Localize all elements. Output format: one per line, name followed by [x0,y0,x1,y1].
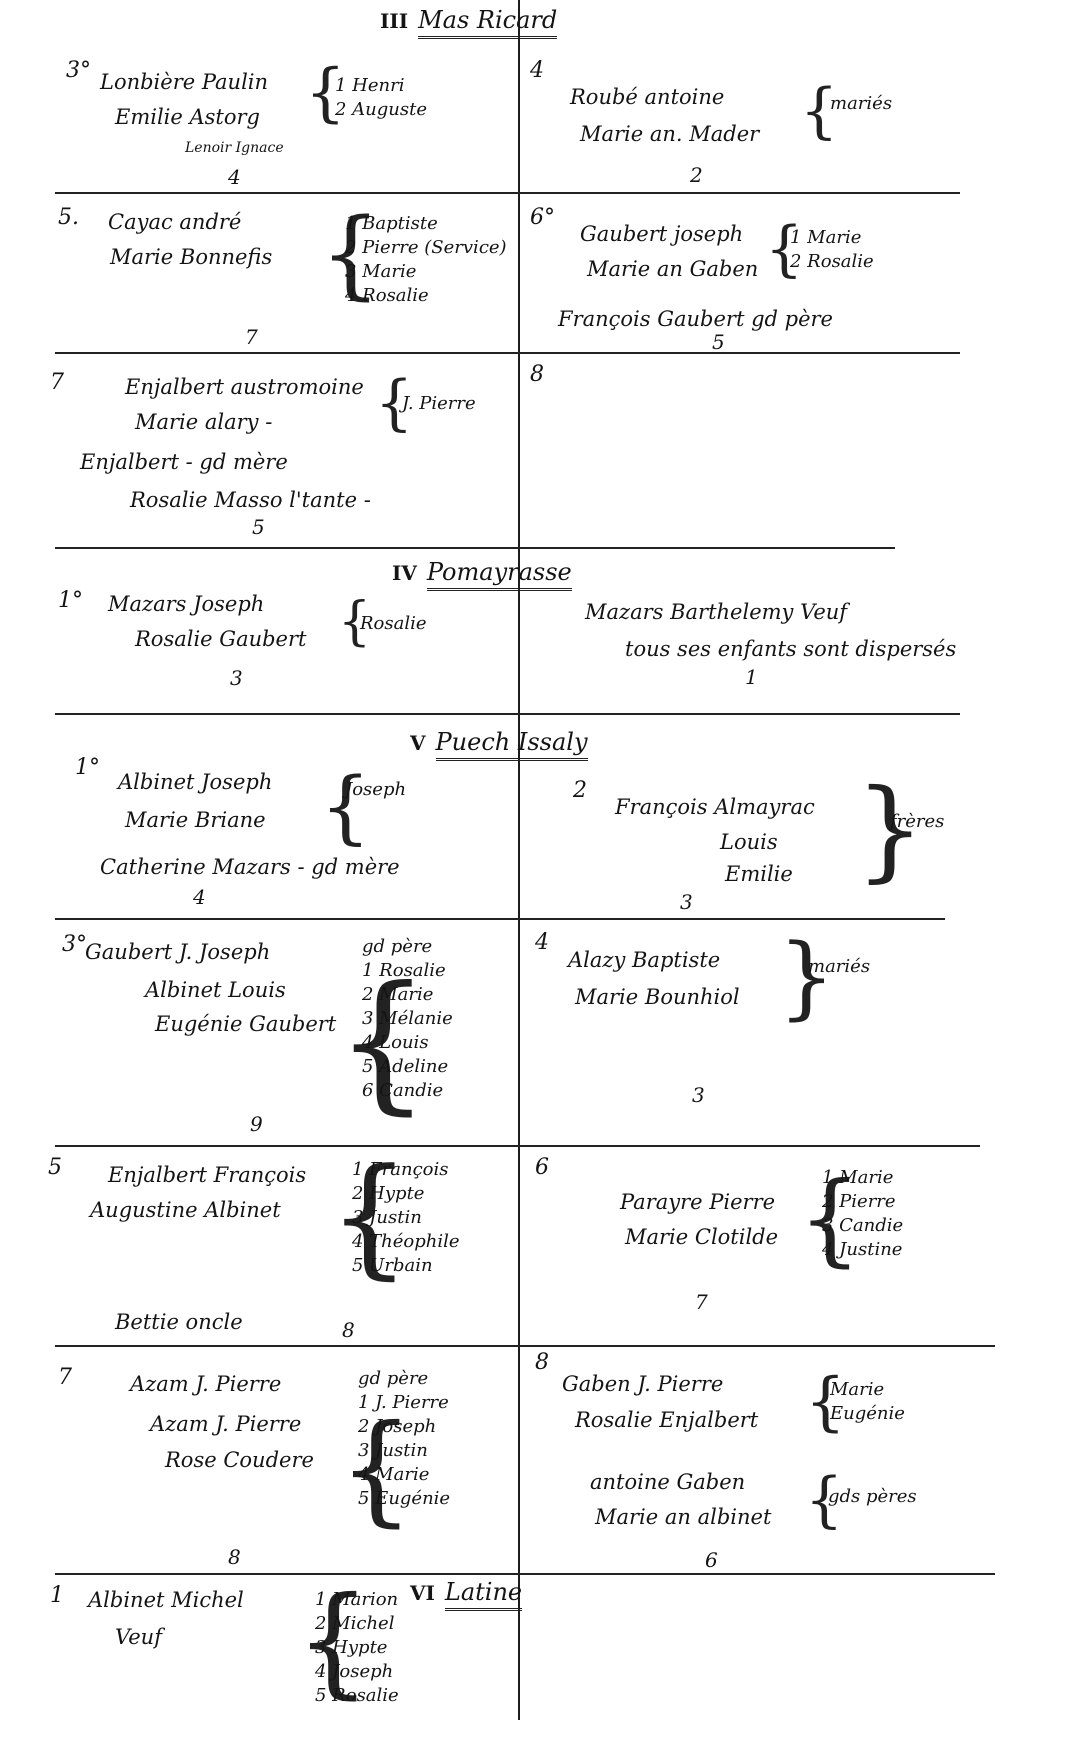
children-list: 1 Marion 2 Michel 3 Hypte 4 Joseph 5 Ros… [315,1588,399,1708]
entry-number: 5. [58,205,79,230]
section-place: Latine [445,1578,522,1611]
child-name: 3 Justin [358,1439,450,1463]
children-list: Rosalie [360,612,427,636]
spouse-name: Marie Clotilde [625,1225,778,1249]
child-name: 5 Urbain [352,1254,460,1278]
household-count: 9 [250,1112,263,1136]
relation-label: gd père [358,1367,450,1391]
child-name: 1 Marie [822,1166,903,1190]
entry-number: 8 [535,1350,549,1375]
section-place: Puech Issaly [436,728,588,761]
child-name: 5 Adeline [362,1055,453,1079]
section-roman: VI [410,1581,435,1605]
household-count: 8 [342,1318,355,1342]
spouse-name: Rosalie Gaubert [135,627,306,651]
child-name: 4 Justine [822,1238,903,1262]
row-rule [55,352,960,354]
child-name: 1 Henri [335,74,427,98]
status-note: Veuf [115,1625,162,1649]
section-roman: III [380,9,408,33]
children-list: mariés [808,955,870,979]
child-name: J. Pierre [402,392,476,416]
head-name: Mazars Joseph [108,592,264,616]
head-name: Azam J. Pierre [130,1372,281,1396]
child-name: 1 Rosalie [362,959,453,983]
child-name: 2 Pierre [822,1190,903,1214]
entry-number: 1 [50,1583,64,1608]
entry-number: 4 [530,58,544,83]
section-roman: V [410,731,426,755]
spouse-name: Emilie Astorg [115,105,260,129]
household-count: 3 [230,666,243,690]
children-list: mariés [830,92,892,116]
head-name: Cayac andré [108,210,241,234]
child-name: 4 Théophile [352,1230,460,1254]
child-name: 1 J. Pierre [358,1391,450,1415]
section-place: Pomayrasse [427,558,572,591]
entry-number: 1° [75,755,100,780]
household-count: 3 [680,890,693,914]
children-list: Joseph [345,778,406,802]
child-name: 5 Rosalie [315,1684,399,1708]
child-name: 4 Louis [362,1031,453,1055]
section-header-v: VPuech Issaly [410,728,588,756]
children-list: gd père 1 Rosalie 2 Marie 3 Mélanie 4 Lo… [362,935,453,1103]
relative-note: Catherine Mazars - gd mère [100,855,400,879]
member-name: Eugénie Gaubert [155,1012,336,1036]
children-list: 1 Baptiste 2 Pierre (Service) 3 Marie 4 … [345,212,507,308]
child-name: 1 François [352,1158,460,1182]
relative-note: Bettie oncle [115,1310,243,1334]
child-name: Joseph [345,778,406,802]
relative-note: Rosalie Masso l'tante - [130,488,371,512]
household-count: 2 [690,163,703,187]
relation-label: frères [890,810,944,834]
household-count: 4 [193,885,206,909]
note-line: tous ses enfants sont dispersés [625,637,956,661]
relation-label: gds pères [828,1485,917,1509]
head-name: Albinet Joseph [118,770,272,794]
household-count: 5 [252,515,265,539]
child-name: 4 Joseph [315,1660,399,1684]
child-name: 1 Baptiste [345,212,507,236]
child-name: Marie [830,1378,905,1402]
member-name: Azam J. Pierre [150,1412,301,1436]
row-rule [55,192,960,194]
child-name: 2 Auguste [335,98,427,122]
sibling-name: Emilie [725,862,793,886]
row-rule [55,713,960,715]
household-count: 7 [695,1290,708,1314]
head-name: François Almayrac [615,795,815,819]
member-name: Albinet Louis [145,978,286,1002]
entry-number: 3° [66,58,91,83]
relative-note: Lenoir Ignace [185,140,284,156]
head-name: Alazy Baptiste [568,948,720,972]
entry-number: 7 [58,1365,72,1390]
household-count: 3 [692,1083,705,1107]
children-list: frères [890,810,944,834]
child-name: 1 Marie [790,226,874,250]
entry-number: 6 [535,1155,549,1180]
children-list: gd père 1 J. Pierre 2 Joseph 3 Justin 4 … [358,1367,450,1511]
child-name: 3 Hypte [315,1636,399,1660]
child-name: 2 Rosalie [790,250,874,274]
child-name: 3 Marie [345,260,507,284]
grandparent-name: antoine Gaben [590,1470,745,1494]
register-page: IIIMas Ricard IVPomayrasse VPuech Issaly… [0,0,1065,1740]
spouse-name: Marie Bonnefis [110,245,272,269]
head-name: Mazars Barthelemy Veuf [585,600,847,624]
entry-number: 8 [530,362,544,387]
household-count: 6 [705,1548,718,1572]
row-rule [55,1573,995,1575]
child-name: 2 Michel [315,1612,399,1636]
section-roman: IV [392,561,417,585]
child-name: 3 Justin [352,1206,460,1230]
entry-number: 7 [50,370,64,395]
spouse-name: Marie an Gaben [587,257,758,281]
section-place: Mas Ricard [418,6,557,39]
spouse-name: Rosalie Enjalbert [575,1408,758,1432]
entry-number: 6° [530,205,555,230]
entry-number: 5 [48,1155,62,1180]
spouse-name: Marie Bounhiol [575,985,740,1009]
child-name: 3 Candie [822,1214,903,1238]
brace: { [320,760,371,853]
section-header-iii: IIIMas Ricard [380,6,557,34]
children-list: 1 Marie 2 Rosalie [790,226,874,274]
spouse-name: Marie Briane [125,808,266,832]
member-name: Rose Coudere [165,1448,314,1472]
head-name: Enjalbert François [108,1163,306,1187]
child-name: Eugénie [830,1402,905,1426]
head-name: Gaubert J. Joseph [85,940,270,964]
child-name: Rosalie [360,612,427,636]
child-name: 2 Joseph [358,1415,450,1439]
children-list: Marie Eugénie [830,1378,905,1426]
children-list: J. Pierre [402,392,476,416]
child-name: 5 Eugénie [358,1487,450,1511]
household-count: 4 [228,165,241,189]
entry-number: 1° [58,588,83,613]
entry-number: 4 [535,930,549,955]
section-header-vi: VILatine [410,1578,522,1606]
row-rule [55,918,945,920]
children-list: 1 Henri 2 Auguste [335,74,427,122]
entry-number: 2 [573,778,587,803]
row-rule [55,547,895,549]
child-name: 2 Pierre (Service) [345,236,507,260]
child-name: 1 Marion [315,1588,399,1612]
head-name: Albinet Michel [88,1588,244,1612]
household-count: 1 [745,665,758,689]
relation-label: gd père [362,935,453,959]
child-name: 6 Candie [362,1079,453,1103]
grandparent-label: gds pères [828,1485,917,1509]
household-count: 7 [245,325,258,349]
relative-note: Enjalbert - gd mère [80,450,288,474]
spouse-name: Marie alary - [135,410,272,434]
head-name: Gaubert joseph [580,222,743,246]
head-name: Roubé antoine [570,85,724,109]
household-count: 5 [712,330,725,354]
entry-number: 3° [62,932,87,957]
row-rule [55,1145,980,1147]
column-divider [518,0,520,1720]
spouse-name: Augustine Albinet [90,1198,281,1222]
grandparent-name: Marie an albinet [595,1505,771,1529]
child-name: 3 Mélanie [362,1007,453,1031]
sibling-name: Louis [720,830,778,854]
child-name: 2 Marie [362,983,453,1007]
head-name: Gaben J. Pierre [562,1372,723,1396]
spouse-name: Marie an. Mader [580,122,759,146]
head-name: Parayre Pierre [620,1190,775,1214]
children-list: 1 Marie 2 Pierre 3 Candie 4 Justine [822,1166,903,1262]
child-name: 4 Rosalie [345,284,507,308]
relative-note: François Gaubert gd père [558,307,833,331]
household-count: 8 [228,1545,241,1569]
child-status: mariés [830,92,892,116]
head-name: Lonbière Paulin [100,70,268,94]
child-status: mariés [808,955,870,979]
row-rule [55,1345,995,1347]
child-name: 2 Hypte [352,1182,460,1206]
children-list: 1 François 2 Hypte 3 Justin 4 Théophile … [352,1158,460,1278]
head-name: Enjalbert austromoine [125,375,364,399]
child-name: 4 Marie [358,1463,450,1487]
section-header-iv: IVPomayrasse [392,558,572,586]
